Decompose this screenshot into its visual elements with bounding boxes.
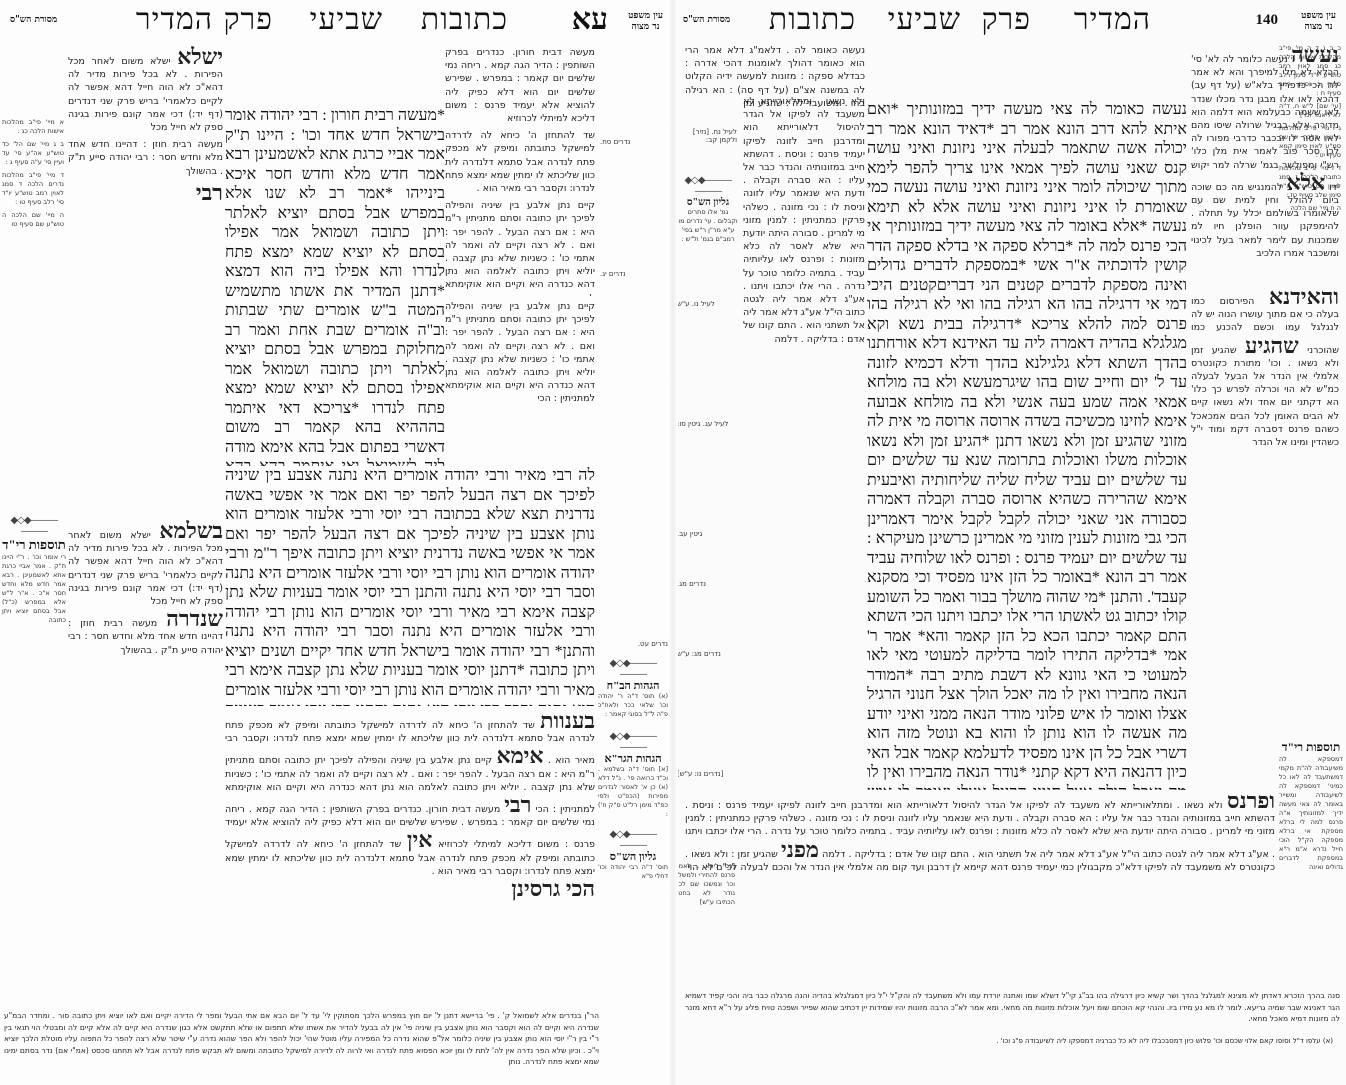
rashi-column-lower: קיים נתן אלבע בין שיניה והפילה לפיכך יתן…	[445, 300, 595, 460]
dibbur-hamatchil: מפני	[781, 837, 819, 862]
tractate-name: כתובות	[421, 2, 508, 37]
gemara-text-upper: *מעשה רבית חורון : רבי יהודה אומר בישראל…	[225, 106, 445, 466]
margin-reference: נדרים סח.	[600, 138, 630, 146]
dibbur-hamatchil: הכי גרסינן	[511, 876, 595, 901]
margin-reference: נדרים עט.	[598, 640, 668, 648]
ein-mishpat-entry: ד ז מיי' פי"ב מהלכות כתובת הלכה ז סמג לא…	[1279, 164, 1341, 200]
rashi-text: שד להתחזן ה' כיחא לה לדרדה למישקל כתובתה…	[445, 129, 595, 195]
rashi-text: ולא נשאו . ומתלאורייתא לא משעבד לה לפיקו…	[743, 96, 865, 345]
hagahot-habach-title: הגהות הב"ח	[598, 680, 668, 692]
margin-reference: נדרים מג: ע"ש	[677, 650, 721, 658]
folio-number: עא	[572, 2, 608, 37]
tractate-name: כתובות	[769, 2, 856, 37]
footer-commentary: הר"ן בנדרים אלא לשמואל ק' . פי' בריישא ד…	[4, 1010, 599, 1080]
ornament-divider	[598, 829, 668, 851]
chapter-name: המדיר	[1074, 2, 1151, 37]
tosafot-rid: תוספות רי"ד רי אומר וכו' . ר"י היינו ת"ק…	[2, 515, 66, 815]
gilyon-hashas: גליון הש"ס גמ' אלו סתרים וקבלום . עי' נד…	[677, 175, 739, 255]
talmud-spread: עין משפט נר מצוה עא כתובות שביעי פרק המד…	[0, 0, 1346, 1085]
perek-number: שביעי	[888, 2, 961, 37]
dibbur-hamatchil: רבי	[504, 792, 531, 817]
right-page: עין משפט נר מצוה 140 המדיר פרק שביעי כתו…	[673, 0, 1346, 1085]
gilyon-hashas-text: תוס' ד"ה רבי יהודה וכו' דחלי פ"א	[598, 863, 668, 881]
gilyon-hashas-text: גמ' אלו סתרים וקבלום . עי' נדרים מו ע"א …	[677, 208, 739, 244]
tosafot-column-lower: והאידנא הפירסום כמו בעלה כי אם מתוך עושר…	[1191, 286, 1339, 746]
chapter-name: המדיר	[136, 2, 213, 37]
tosafot-column: ישלא ישלא משום לאחר מכל הפירות . לא בכל …	[68, 46, 223, 516]
margin-reference: לעיל נח. [נזיר] ולקמן קב:	[677, 128, 737, 144]
footer-commentary: סנה בהרך הזכרא דאדתן לא מצינא למגלגל בהד…	[685, 990, 1340, 1035]
tosafot-text: ישלא משום לאחר מכל הפירות . לא בכל פירות…	[68, 56, 223, 133]
perek-label: פרק	[981, 2, 1031, 37]
dibbur-hamatchil: אימא	[496, 743, 543, 768]
hagahot-habach-text: (א) תוס' ד"ה ר' יהודה וכו' שלאי ככר ולאח…	[598, 692, 668, 719]
rashi-lower-commentary: בענוות שד להתחזן ה' כיחא לה לדרדה למישקל…	[225, 710, 595, 1010]
margin-reference: [נדרים נו: ע"ש]	[677, 770, 723, 778]
margin-reference: לעיל נו. ע"ש	[677, 300, 715, 308]
dibbur-hamatchil: ופרנס	[1227, 790, 1275, 813]
dibbur-hamatchil: שנדרה	[166, 606, 223, 631]
footnote: (א) עלפו ד"ל וסופו קאם אלוי שכסם וכו' פל…	[713, 1036, 1333, 1050]
ornament-divider	[598, 731, 668, 753]
tosafot-text: ישלא משום לאחר מכל הפירות . לא בכל פירות…	[68, 530, 223, 607]
margin-reference: לעיל עג. גיטין סו:	[677, 420, 728, 428]
rashi-text: מעשה דבית חורון. כנדרים בפרק השותפין : ה…	[445, 46, 595, 125]
masoret-label: מסורת הש"ס	[10, 14, 57, 25]
tosafot-rid-text: דמספקא לה משיעבודה לה"ת מקמי דמשתעבד לה …	[1279, 755, 1343, 872]
ein-mishpat-label: עין משפט נר מצוה	[628, 10, 663, 32]
ornament-divider	[677, 175, 739, 197]
page-number: 140	[1256, 12, 1279, 29]
gemara-text: לה רבי מאיר ורבי יהודה אומרים היא נתנה א…	[225, 467, 595, 706]
gemara-text-lower: לה רבי מאיר ורבי יהודה אומרים היא נתנה א…	[225, 466, 595, 706]
dibbur-hamatchil: בשלמא	[159, 520, 223, 543]
dibbur-hamatchil: בענוות	[540, 710, 595, 733]
gemara-text: *מעשה רבית חורון : רבי יהודה אומר בישראל…	[225, 107, 445, 466]
margin-reference: נדרים יג.	[600, 270, 626, 278]
dibbur-hamatchil: ישלא	[177, 46, 223, 69]
tosafot-rid: תוספות רי"ד דמספקא לה משיעבודה לה"ת מקמי…	[1279, 740, 1343, 1010]
hagahot-hagra-text: [א] תוס' ד"ה בשלמא . וכ"ד כרואה פי' . נ"…	[598, 765, 668, 819]
right-page-header: עין משפט נר מצוה 140 המדיר פרק שביעי כתו…	[683, 4, 1336, 40]
rashi-lower-commentary: ופרנס ולא נשאו . ומתלאורייתא לא משעבד לה…	[685, 790, 1275, 990]
footnote-text: (א) עלפו ד"ל וסופו קאם אלוי שכסם וכו' פל…	[996, 1037, 1333, 1045]
ein-mishpat-entry: ד מיי' פי"ב מהלכות נדרים הלכה ד סמג לאוי…	[2, 171, 64, 207]
ornament-divider	[2, 515, 66, 537]
ein-mishpat-entry: [עי' שם] ל"ש ח, ד"ה לא ליאמר וכו']	[1279, 102, 1341, 120]
tosafot-continuation: בשלמא ישלא משום לאחר מכל הפירות . לא בכל…	[68, 520, 223, 1000]
gilyon-hashas-title: גליון הש"ס	[677, 197, 739, 208]
margin-reference: גיטין עב.	[677, 530, 702, 538]
page-gutter	[668, 0, 678, 1085]
left-page-header: עין משפט נר מצוה עא כתובות שביעי פרק המד…	[10, 4, 663, 40]
dibbur-hamatchil: אין	[407, 827, 433, 852]
left-page: עין משפט נר מצוה עא כתובות שביעי פרק המד…	[0, 0, 673, 1085]
masoret-label: מסורת הש"ס	[683, 14, 730, 25]
ein-mishpat-entry: ב ג מיי' שם הל' כד טוש"ע אה"ע סי' עד ועי…	[2, 140, 64, 167]
ein-mishpat-entry: א מיי' פי"ב מהלכות אישות הלכה כג :	[2, 118, 64, 136]
footer-commentary-text: סנה בהרך הזכרא דאדתן לא מצינא למגלגל בהד…	[685, 991, 1340, 1023]
tosafot-rid-title: תוספות רי"ד	[1279, 740, 1343, 755]
rashi-text: קיים נתן אלבע בין שיניה והפילה לפיכך יתן…	[445, 300, 595, 406]
gemara-text: נעשה כאומר לה צאי מעשה ידיך במזונותיך *ו…	[867, 100, 1187, 790]
tosafot-text: מעשה רבית חוזן : דהיינו חדש אחד מלא וחדש…	[68, 139, 223, 176]
rashi-column: ולא נשאו . ומתלאורייתא לא משעבד לה לפיקו…	[743, 95, 865, 565]
margin-reference: נדרים מג.	[677, 580, 706, 588]
tosafot-rid-title: תוספות רי"ד	[2, 537, 66, 553]
ran-last-word: נותן	[508, 1057, 520, 1066]
ein-mishpat-column: א מיי' פי"ב מהלכות אישות הלכה כג : ב ג מ…	[2, 118, 64, 338]
perek-label: פרק	[223, 2, 273, 37]
gemara-text: נעשה כאומר לה צאי מעשה ידיך במזונותיך *ו…	[867, 101, 1187, 790]
tosafot-rid-text: רי אומר וכו' . ר"י היינו ת"ק . אמר אביי …	[2, 553, 66, 625]
ein-mishpat-column: כ ב ג ד ה מי' פי"ב מהלכות אישות הלכה כג …	[1279, 44, 1341, 344]
rashi-column: מעשה דבית חורון. כנדרים בפרק השותפין : ה…	[445, 46, 595, 296]
ornament-divider	[598, 658, 668, 680]
ein-mishpat-entry: ג ו מיי' פי"ב מהלכות גירושין הלכה יט שם …	[1279, 124, 1341, 160]
hagahot-hagra-title: הגהות הגר"א	[598, 753, 668, 765]
rashi-text: קיים נתן אלבע בין שיניה והפילה לפיכך יתן…	[445, 199, 595, 296]
ein-mishpat-entry: ה ח מיי' שם הלכה	[1279, 204, 1341, 213]
side-notes: נדרים עט. הגהות הב"ח (א) תוס' ד"ה ר' יהו…	[598, 640, 668, 1000]
ein-mishpat-entry: ה מיי' שם הלכה ה טוש"ע שם סעיף טו	[2, 211, 64, 229]
perek-number: שביעי	[310, 2, 383, 37]
ein-mishpat-entry: כ ב ג ד ה מי' פי"ב מהלכות אישות הלכה כג …	[1279, 44, 1341, 98]
ein-mishpat-label: עין משפט נר מצוה	[1301, 10, 1336, 32]
dibbur-hamatchil: רבי	[196, 180, 223, 205]
gilyon-hashas-title: גליון הש"ס	[598, 851, 668, 863]
